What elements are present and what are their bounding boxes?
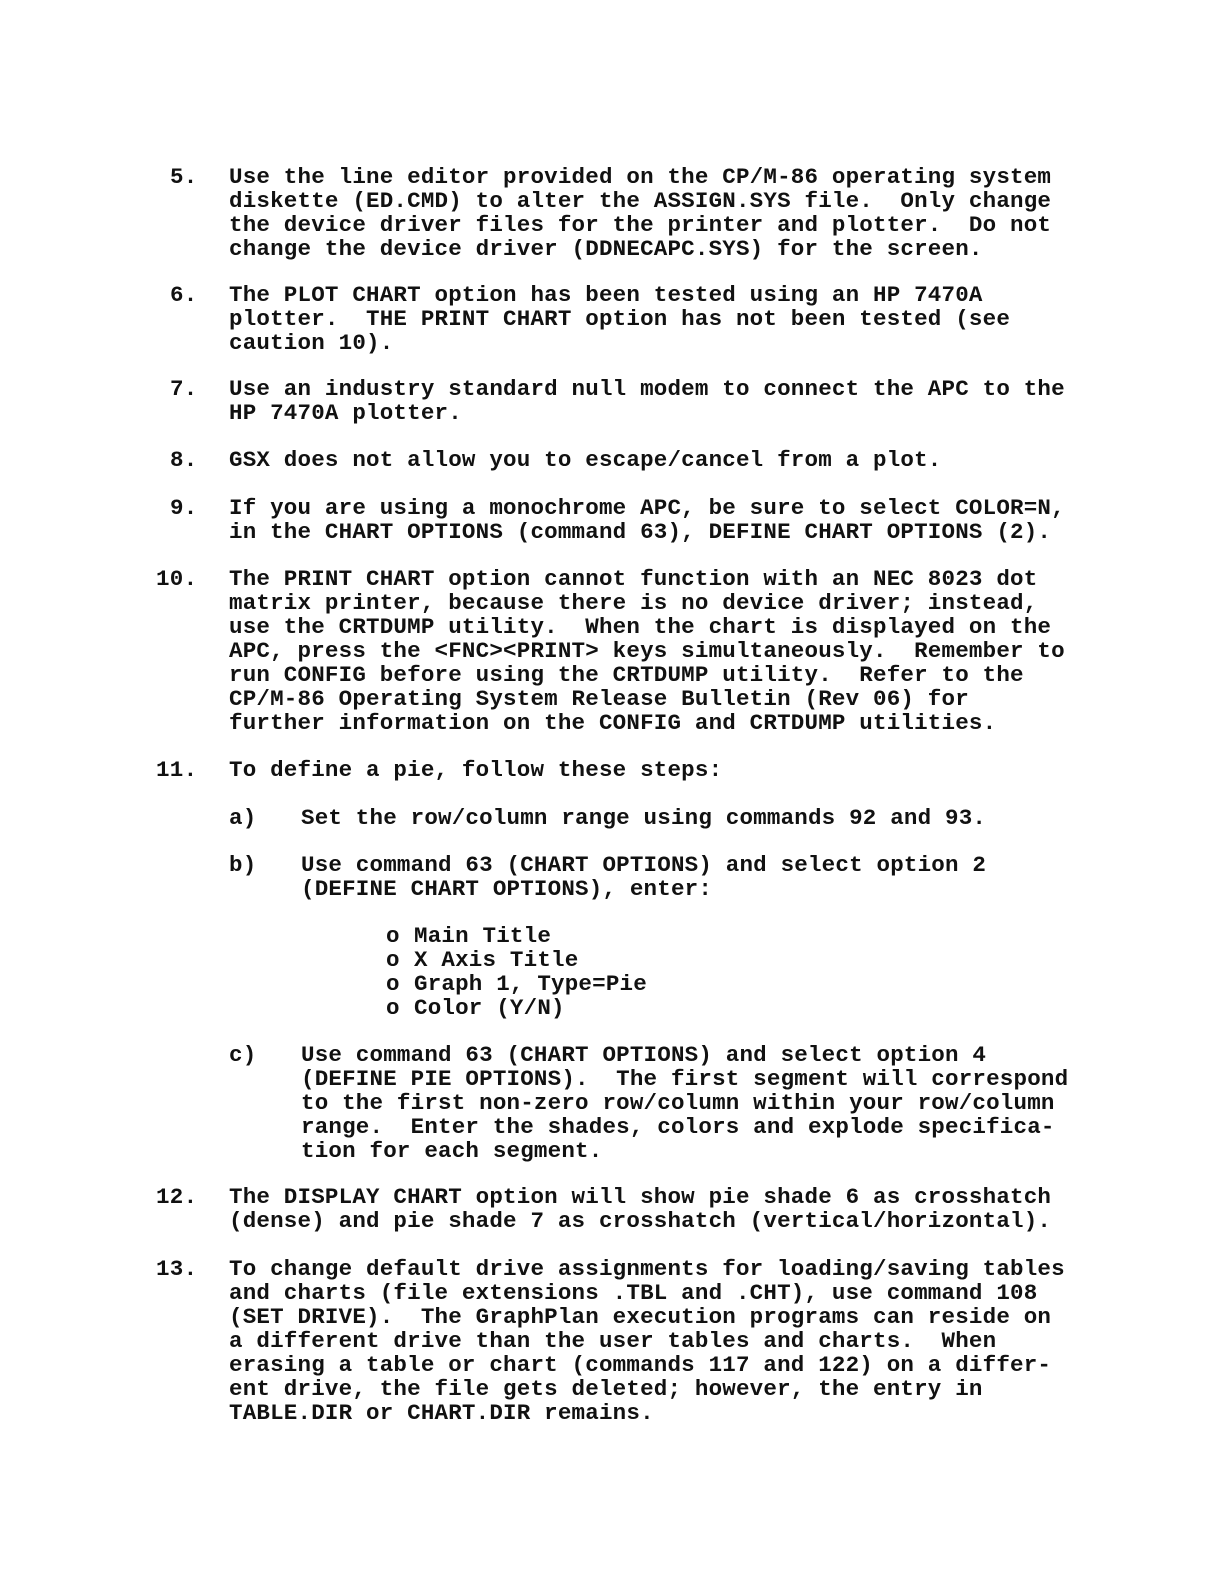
item-text-line: run CONFIG before using the CRTDUMP util… <box>229 663 1024 687</box>
step-text-line: Use command 63 (CHART OPTIONS) and selec… <box>301 853 986 877</box>
item-text-line: To define a pie, follow these steps: <box>229 758 722 782</box>
item-number: 7. <box>170 377 198 401</box>
item-text-line: matrix printer, because there is no devi… <box>229 591 1037 615</box>
step-text-line: range. Enter the shades, colors and expl… <box>301 1115 1055 1139</box>
item-text-line: If you are using a monochrome APC, be su… <box>229 496 1065 520</box>
bullet-marker: o <box>386 996 400 1020</box>
step-text-line: Set the row/column range using commands … <box>301 806 986 830</box>
step-text-line: Use command 63 (CHART OPTIONS) and selec… <box>301 1043 986 1067</box>
item-text-line: Use the line editor provided on the CP/M… <box>229 165 1051 189</box>
item-text-line: GSX does not allow you to escape/cancel … <box>229 448 942 472</box>
step-text-line: (DEFINE CHART OPTIONS), enter: <box>301 877 712 901</box>
bullet-item-main-title: Main Title <box>414 924 551 948</box>
item-text-line: further information on the CONFIG and CR… <box>229 711 996 735</box>
item-number: 13. <box>156 1257 197 1281</box>
bullet-marker: o <box>386 948 400 972</box>
bullet-item-color: Color (Y/N) <box>414 996 565 1020</box>
item-number: 8. <box>170 448 198 472</box>
step-text-line: (DEFINE PIE OPTIONS). The first segment … <box>301 1067 1068 1091</box>
item-number: 9. <box>170 496 198 520</box>
item-number: 10. <box>156 567 197 591</box>
item-text-line: erasing a table or chart (commands 117 a… <box>229 1353 1051 1377</box>
item-text-line: TABLE.DIR or CHART.DIR remains. <box>229 1401 654 1425</box>
bullet-item-x-axis-title: X Axis Title <box>414 948 578 972</box>
item-text-line: change the device driver (DDNECAPC.SYS) … <box>229 237 983 261</box>
item-text-line: APC, press the <FNC><PRINT> keys simulta… <box>229 639 1065 663</box>
step-label: c) <box>229 1043 256 1067</box>
item-text-line: The PLOT CHART option has been tested us… <box>229 283 983 307</box>
item-number: 11. <box>156 758 197 782</box>
item-text-line: caution 10). <box>229 331 393 355</box>
item-text-line: (SET DRIVE). The GraphPlan execution pro… <box>229 1305 1051 1329</box>
item-number: 12. <box>156 1185 197 1209</box>
step-label: b) <box>229 853 256 877</box>
item-text-line: The DISPLAY CHART option will show pie s… <box>229 1185 1051 1209</box>
step-label: a) <box>229 806 256 830</box>
item-text-line: and charts (file extensions .TBL and .CH… <box>229 1281 1037 1305</box>
bullet-marker: o <box>386 972 400 996</box>
item-number: 5. <box>170 165 198 189</box>
item-text-line: (dense) and pie shade 7 as crosshatch (v… <box>229 1209 1051 1233</box>
step-text-line: to the first non-zero row/column within … <box>301 1091 1055 1115</box>
item-text-line: ent drive, the file gets deleted; howeve… <box>229 1377 983 1401</box>
item-text-line: a different drive than the user tables a… <box>229 1329 996 1353</box>
step-text-line: tion for each segment. <box>301 1139 602 1163</box>
bullet-marker: o <box>386 924 400 948</box>
item-text-line: Use an industry standard null modem to c… <box>229 377 1065 401</box>
bullet-item-graph-type: Graph 1, Type=Pie <box>414 972 647 996</box>
item-text-line: the device driver files for the printer … <box>229 213 1051 237</box>
item-text-line: To change default drive assignments for … <box>229 1257 1065 1281</box>
document-page: 5. Use the line editor provided on the C… <box>0 0 1224 1584</box>
item-number: 6. <box>170 283 198 307</box>
item-text-line: The PRINT CHART option cannot function w… <box>229 567 1037 591</box>
item-text-line: CP/M-86 Operating System Release Bulleti… <box>229 687 969 711</box>
item-text-line: HP 7470A plotter. <box>229 401 462 425</box>
item-text-line: in the CHART OPTIONS (command 63), DEFIN… <box>229 520 1051 544</box>
item-text-line: diskette (ED.CMD) to alter the ASSIGN.SY… <box>229 189 1051 213</box>
item-text-line: plotter. THE PRINT CHART option has not … <box>229 307 1010 331</box>
item-text-line: use the CRTDUMP utility. When the chart … <box>229 615 1051 639</box>
